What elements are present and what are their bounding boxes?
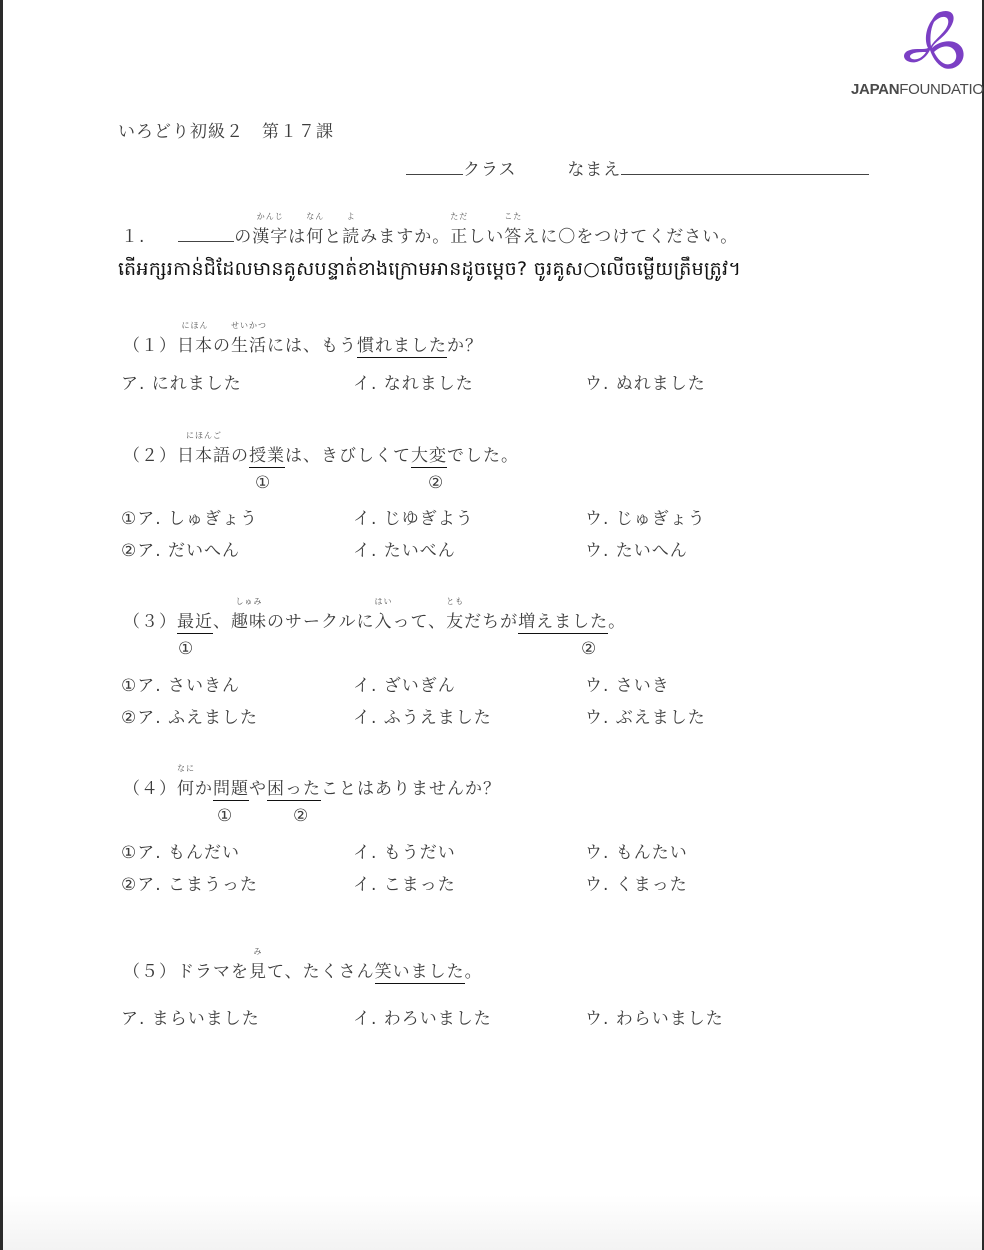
butterfly-icon [900, 8, 970, 80]
answer-option[interactable]: ①ア. さいきん [121, 671, 240, 696]
text: ことはありませんか？ [321, 779, 501, 799]
question-label: （２） [123, 446, 177, 466]
text: の [213, 336, 231, 356]
kanji-text: 日本語 [177, 446, 231, 466]
kanji-text: 日本 [177, 336, 213, 356]
furigana: かんじ [257, 211, 284, 222]
target-marker-1: ① [217, 806, 232, 826]
text: か？ [447, 336, 483, 356]
class-label: クラス [463, 160, 517, 180]
target-marker-1: ① [178, 639, 193, 659]
furigana: なに [177, 763, 195, 774]
text: 何 [306, 227, 324, 247]
text: しい [468, 227, 504, 247]
text: の [234, 227, 252, 247]
instruction-blank [178, 240, 234, 242]
furigana: なん [306, 211, 324, 222]
kanji-text: 見 [249, 962, 267, 982]
instruction-khmer: តើអក្សរកាន់ជិដែលមានគូសបន្ទាត់ខាងក្រោមអាន… [118, 257, 741, 285]
worksheet-page: JAPANFOUNDATION いろどり初級２ 第１７課 クラス なまえ １. … [3, 0, 982, 1250]
question-3-text: （３）最近、しゅみ趣味のサークルにはい入って、とも友だちが増えました。 [123, 607, 626, 632]
text: は [288, 227, 306, 247]
furigana: ただ [450, 211, 468, 222]
furigana: み [254, 946, 263, 957]
underlined-target: 大変 [411, 446, 447, 468]
brand-wordmark: JAPANFOUNDATION [851, 81, 984, 98]
japan-foundation-logo: JAPANFOUNDATION [845, 8, 970, 100]
text: 、 [213, 612, 231, 632]
answer-option[interactable]: イ. わろいました [353, 1004, 492, 1029]
kanji-text: 生活 [231, 336, 267, 356]
ruby-segment: にほんご日本語 [177, 441, 231, 466]
furigana: せいかつ [231, 320, 267, 331]
question-4-text: （４）なに何か問題や困ったことはありませんか？ [123, 774, 501, 799]
ruby-kota: こた答 [504, 222, 522, 247]
answer-option[interactable]: ①ア. もんだい [121, 838, 240, 863]
text: 答 [504, 227, 522, 247]
text: 。 [465, 962, 483, 982]
answer-option[interactable]: イ. なれました [353, 369, 474, 394]
ruby-segment: せいかつ生活 [231, 331, 267, 356]
brand-bold: JAPAN [851, 81, 899, 98]
underlined-target: 授業 [249, 446, 285, 468]
answer-option[interactable]: ②ア. こまうった [121, 870, 258, 895]
answer-option[interactable]: ウ. くまった [585, 870, 688, 895]
underlined-target: 増えました [518, 612, 608, 634]
answer-option[interactable]: ウ. ぶえました [585, 703, 706, 728]
kanji-text: 趣味 [231, 612, 267, 632]
ruby-segment: しゅみ趣味 [231, 607, 267, 632]
lesson-title: いろどり初級２ 第１７課 [118, 117, 334, 142]
question-2-text: （２）にほんご日本語の授業は、きびしくて大変でした。 [123, 441, 519, 466]
class-name-line: クラス なまえ [406, 155, 869, 180]
furigana: にほんご [186, 430, 222, 441]
kanji-text: 入 [375, 612, 393, 632]
brand-light: FOUNDATION [899, 81, 984, 98]
kanji-text: 何 [177, 779, 195, 799]
ruby-segment: とも友 [446, 607, 464, 632]
target-marker-2: ② [581, 639, 596, 659]
text: の [231, 446, 249, 466]
kanji-text: 友 [446, 612, 464, 632]
text: 。 [608, 612, 626, 632]
underlined-target: 慣れました [357, 336, 447, 358]
answer-option[interactable]: ②ア. ふえました [121, 703, 258, 728]
text: のサークルに [267, 612, 375, 632]
answer-option[interactable]: ウ. さいき [585, 671, 670, 696]
text: は、きびしくて [285, 446, 411, 466]
underlined-target: 問題 [213, 779, 249, 801]
text: みますか。 [360, 227, 450, 247]
furigana: とも [446, 596, 464, 607]
text: て、たくさん [267, 962, 375, 982]
answer-option[interactable]: ア. にれました [121, 369, 242, 394]
underlined-target: 最近 [177, 612, 213, 634]
answer-option[interactable]: ①ア. しゅぎょう [121, 504, 258, 529]
furigana: しゅみ [236, 596, 263, 607]
text: って、 [393, 612, 447, 632]
instruction-jp: １. のかんじ漢字はなん何とよ読みますか。ただ正しいこた答えに〇をつけてください… [121, 222, 738, 247]
name-label: なまえ [567, 160, 621, 180]
question-5-text: （５）ドラマをみ見て、たくさん笑いました。 [123, 957, 483, 982]
text: ドラマを [177, 962, 249, 982]
target-marker-1: ① [255, 473, 270, 493]
underlined-target: 困った [267, 779, 321, 801]
text: 漢字 [252, 227, 288, 247]
class-blank[interactable] [406, 173, 463, 175]
question-label: （３） [123, 612, 177, 632]
text: 読 [342, 227, 360, 247]
answer-option[interactable]: イ. たいべん [353, 536, 456, 561]
answer-option[interactable]: イ. こまった [353, 870, 456, 895]
answer-option[interactable]: ウ. たいへん [585, 536, 688, 561]
question-label: （４） [123, 779, 177, 799]
target-marker-2: ② [428, 473, 443, 493]
question-1-text: （１）にほん日本のせいかつ生活には、もう慣れましたか？ [123, 331, 483, 356]
text: や [249, 779, 267, 799]
text: だちが [464, 612, 518, 632]
instruction-number: １. [121, 227, 145, 247]
answer-option[interactable]: ②ア. だいへん [121, 536, 240, 561]
answer-option[interactable]: イ. ふうえました [353, 703, 492, 728]
furigana: よ [347, 211, 356, 222]
answer-option[interactable]: ウ. もんたい [585, 838, 688, 863]
answer-option[interactable]: ア. まらいました [121, 1004, 260, 1029]
ruby-yo: よ読 [342, 222, 360, 247]
answer-option[interactable]: イ. ざいぎん [353, 671, 456, 696]
ruby-segment: はい入 [375, 607, 393, 632]
text: には、もう [267, 336, 357, 356]
answer-option[interactable]: ウ. ぬれました [585, 369, 706, 394]
furigana: にほん [182, 320, 209, 331]
underlined-target: 笑いました [375, 962, 465, 984]
answer-option[interactable]: イ. もうだい [353, 838, 456, 863]
furigana: こた [504, 211, 522, 222]
text: か [195, 779, 213, 799]
question-label: （１） [123, 336, 177, 356]
answer-option[interactable]: ウ. わらいました [585, 1004, 724, 1029]
ruby-segment: み見 [249, 957, 267, 982]
furigana: はい [375, 596, 393, 607]
text: 正 [450, 227, 468, 247]
ruby-tada: ただ正 [450, 222, 468, 247]
ruby-segment: にほん日本 [177, 331, 213, 356]
ruby-nan: なん何 [306, 222, 324, 247]
question-label: （５） [123, 962, 177, 982]
text: えに〇をつけてください。 [522, 227, 738, 247]
ruby-kanji: かんじ漢字 [252, 222, 288, 247]
target-marker-2: ② [293, 806, 308, 826]
answer-option[interactable]: イ. じゆぎよう [353, 504, 474, 529]
ruby-segment: なに何 [177, 774, 195, 799]
answer-option[interactable]: ウ. じゅぎょう [585, 504, 706, 529]
text: でした。 [447, 446, 519, 466]
text: と [324, 227, 342, 247]
name-blank[interactable] [621, 173, 869, 175]
